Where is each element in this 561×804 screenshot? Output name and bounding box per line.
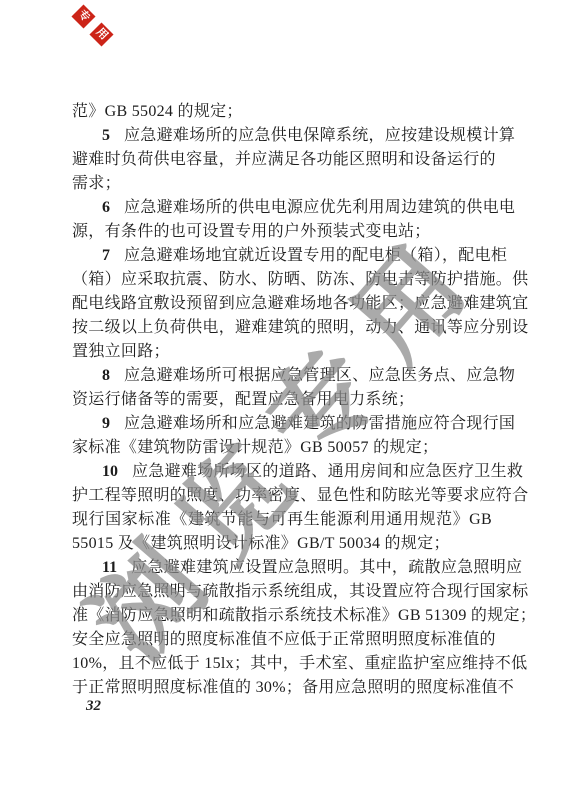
text-line: 资运行储备等的需要，配置应急备用电力系统； [72,388,492,412]
text-line: 避难时负荷供电容量，并应满足各功能区照明和设备运行的 [72,148,492,172]
page-number: 32 [86,698,101,715]
text-line: 8应急避难场所可根据应急管理区、应急医务点、应急物 [72,364,492,388]
text-line: 6应急避难场所的供电电源应优先利用周边建筑的供电电 [72,196,492,220]
text-line: 55015 及《建筑照明设计标准》GB/T 50034 的规定； [72,532,492,556]
text-line: 护工程等照明的照度、功率密度、显色性和防眩光等要求应符合 [72,484,492,508]
item-number: 9 [102,415,110,432]
text-line: 安全应急照明的照度标准值不应低于正常照明照度标准值的 [72,628,492,652]
text-line: 范》GB 55024 的规定； [72,100,492,124]
item-number: 11 [102,559,117,576]
text-line: 置独立回路； [72,340,492,364]
text-line: （箱）应采取抗震、防水、防晒、防冻、防电击等防护措施。供 [72,268,492,292]
document-page: 专用 范》GB 55024 的规定；5应急避难场所的应急供电保障系统，应按建设规… [0,0,561,804]
item-number: 8 [102,367,110,384]
item-number: 10 [102,463,118,480]
text-line: 由消防应急照明与疏散指示系统组成，其设置应符合现行国家标 [72,580,492,604]
red-stamp-icon: 专 [71,4,95,28]
text-line: 10%，且不应低于 15lx；其中，手术室、重症监护室应维持不低 [72,652,492,676]
text-line: 9应急避难场所和应急避难建筑的防雷措施应符合现行国 [72,412,492,436]
text-line: 于正常照明照度标准值的 30%；备用应急照明的照度标准值不 [72,676,492,700]
text-line: 源，有条件的也可设置专用的户外预装式变电站； [72,220,492,244]
text-line: 现行国家标准《建筑节能与可再生能源利用通用规范》GB [72,508,492,532]
item-number: 5 [102,127,110,144]
item-number: 6 [102,199,110,216]
text-line: 11应急避难建筑应设置应急照明。其中，疏散应急照明应 [72,556,492,580]
item-number: 7 [102,247,110,264]
text-line: 准《消防应急照明和疏散指示系统技术标准》GB 51309 的规定； [72,604,492,628]
body-text: 范》GB 55024 的规定；5应急避难场所的应急供电保障系统，应按建设规模计算… [72,100,492,700]
text-line: 配电线路宜敷设预留到应急避难场地各功能区；应急避难建筑宜 [72,292,492,316]
text-line: 家标准《建筑物防雷设计规范》GB 50057 的规定； [72,436,492,460]
red-stamp-icon: 用 [89,22,113,46]
text-line: 需求； [72,172,492,196]
text-line: 5应急避难场所的应急供电保障系统，应按建设规模计算 [72,124,492,148]
text-line: 7应急避难场地宜就近设置专用的配电柜（箱），配电柜 [72,244,492,268]
text-line: 按二级以上负荷供电，避难建筑的照明，动力、通讯等应分别设 [72,316,492,340]
text-line: 10应急避难场所场区的道路、通用房间和应急医疗卫生救 [72,460,492,484]
